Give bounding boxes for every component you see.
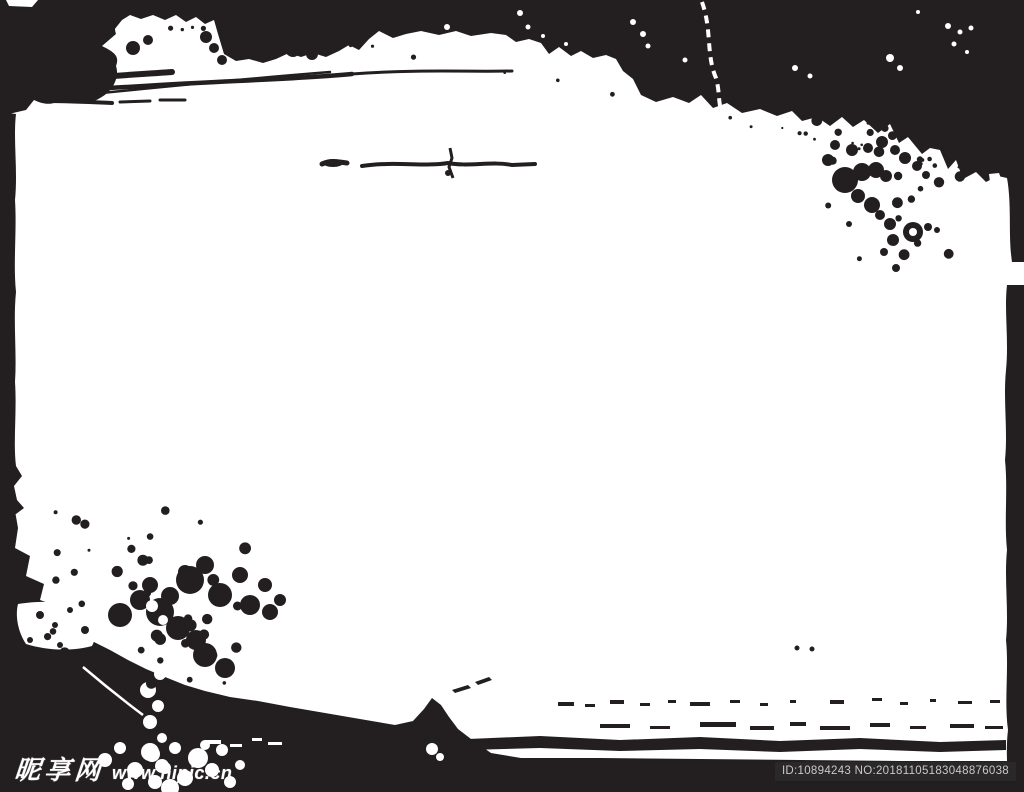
ink-speckle (610, 92, 615, 97)
ink-speckle (203, 658, 208, 663)
ink-speckle (750, 125, 753, 128)
ink-speckle (80, 520, 89, 529)
ink-speckle (191, 26, 194, 29)
grunge-border-graphic (0, 0, 1024, 792)
ink-speckle (860, 144, 863, 147)
ink-speckle (88, 549, 91, 552)
ink-speckle (804, 131, 808, 135)
ink-speckle (147, 533, 154, 540)
grunge-frame-image: 昵享网 www.nipic.cn ID:10894243 NO:20181105… (0, 0, 1024, 792)
ink-speckle (52, 576, 59, 583)
ink-speckle (143, 583, 149, 589)
ink-speckle (44, 681, 52, 689)
ink-speckle (128, 581, 137, 590)
ink-speckle (944, 249, 954, 259)
ink-speckle (187, 570, 193, 576)
ink-speckle (917, 158, 921, 162)
ink-speckle (811, 115, 822, 126)
ink-speckle (112, 566, 123, 577)
ink-speckle (127, 537, 130, 540)
right-strip-white-gap (999, 268, 1024, 284)
ink-speckle (881, 125, 888, 132)
ink-speckle (937, 118, 941, 122)
ink-speckle (908, 195, 915, 202)
ink-speckle (207, 574, 219, 586)
ink-speckle (894, 172, 902, 180)
ink-speckle (955, 171, 965, 181)
ink-speckle (198, 520, 203, 525)
scratch-lines (45, 71, 512, 103)
ink-speckle (867, 121, 871, 125)
ink-speckle (927, 157, 932, 162)
bottom-left-mottle-blobs (108, 556, 286, 678)
ink-speckle (874, 147, 885, 158)
watermark-bar: 昵享网 www.nipic.cn (13, 750, 232, 787)
ink-speckle (895, 215, 901, 221)
ink-speckle (54, 549, 61, 556)
ink-speckle (187, 677, 193, 683)
ink-speckle (199, 629, 209, 639)
ink-speckle (858, 147, 861, 150)
ink-speckle (556, 79, 560, 83)
ink-speckle (919, 162, 923, 166)
bottom-thick-streak (468, 736, 1006, 752)
ink-speckle (914, 239, 921, 246)
ink-speckle (54, 510, 58, 514)
watermark-site-url: www.nipic.cn (112, 763, 232, 784)
ink-speckle (934, 177, 944, 187)
ink-speckle (50, 628, 57, 635)
ink-speckle (137, 555, 148, 566)
ink-speckle (888, 131, 897, 140)
ink-speckle (233, 602, 242, 611)
image-id-badge: ID:10894243 NO:20181105183048876038 (775, 762, 1016, 781)
ink-speckle (825, 203, 831, 209)
ink-speckle (924, 116, 934, 126)
bottom-streak-dashes (380, 646, 1003, 739)
ink-speckle (411, 55, 416, 60)
ink-speckle (223, 681, 227, 685)
ink-speckle (503, 71, 506, 74)
ink-speckle (201, 26, 206, 31)
ink-speckle (835, 129, 842, 136)
ink-speckle (921, 158, 925, 162)
ink-speckle (59, 647, 70, 658)
ink-speckle (781, 127, 783, 129)
drip-blob-white-hole (909, 228, 917, 236)
mid-scratch-mark (322, 148, 535, 178)
ink-speckle (72, 515, 81, 524)
ink-speckle (857, 256, 862, 261)
ink-speckle (184, 614, 192, 622)
ink-speckle (851, 142, 854, 145)
ink-speckle (181, 28, 184, 31)
ink-speckle (44, 633, 51, 640)
ink-speckle (922, 128, 926, 132)
ink-speckle (918, 186, 924, 192)
ink-speckle (71, 569, 78, 576)
right-border-ink (989, 173, 1024, 792)
ink-speckle (933, 163, 938, 168)
ink-speckle (157, 657, 163, 663)
ink-speckle (867, 129, 874, 136)
ink-speckle (728, 116, 732, 120)
ink-speckle (143, 589, 151, 597)
ink-speckle (181, 639, 190, 648)
top-left-corner-ink (0, 0, 119, 116)
ink-speckle (899, 249, 910, 260)
ink-speckle (14, 671, 25, 682)
ink-speckle (168, 26, 173, 31)
ink-speckle (146, 678, 157, 689)
ink-speckle (958, 166, 960, 168)
ink-speckle (207, 650, 217, 660)
ink-speckle (813, 138, 816, 141)
ink-speckle (945, 123, 949, 127)
ink-speckle (349, 43, 353, 47)
ink-speckle (154, 633, 166, 645)
ink-speckle (867, 145, 870, 148)
ink-speckle (798, 131, 802, 135)
ink-speckle (76, 679, 85, 688)
ink-speckle (127, 545, 135, 553)
right-strip-ink (1005, 285, 1024, 792)
ink-speckle (892, 197, 903, 208)
ink-speckle (79, 601, 86, 608)
ink-speckle (829, 157, 837, 165)
ink-speckle (161, 506, 170, 515)
ink-speckle (138, 647, 145, 654)
ink-speckle (950, 133, 955, 138)
right-white-channel (989, 173, 1005, 266)
ink-speckle (371, 45, 374, 48)
ink-speckle (76, 652, 83, 659)
ink-speckle (908, 135, 911, 138)
ink-speckle (239, 542, 251, 554)
bottom-border-ink (0, 498, 1024, 792)
ink-speckle (202, 614, 212, 624)
left-border-ink (0, 112, 24, 518)
watermark-site-name: 昵享网 (13, 750, 106, 787)
ink-speckle (231, 642, 241, 652)
